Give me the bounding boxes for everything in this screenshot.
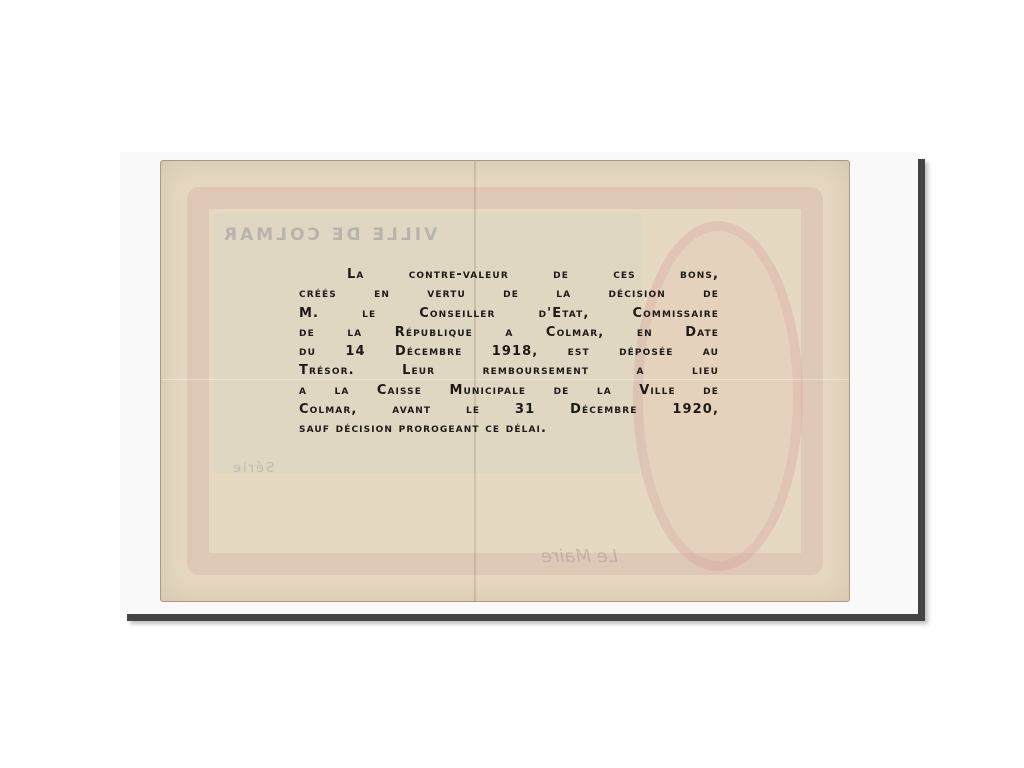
- showthrough-series: Série: [231, 461, 274, 476]
- notice-line: Colmar, avant le 31 Décembre 1920,: [299, 400, 719, 419]
- notice-line: La contre-valeur de ces bons,: [299, 265, 719, 284]
- redemption-notice: La contre-valeur de ces bons, créés en v…: [299, 265, 719, 439]
- notice-line: créés en vertu de la décision de: [299, 284, 719, 303]
- notice-line: sauf décision prorogeant ce délai.: [299, 419, 719, 438]
- notice-line: Trésor. Leur remboursement a lieu: [299, 361, 719, 380]
- notice-line: a la Caisse Municipale de la Ville de: [299, 381, 719, 400]
- notice-line: M. le Conseiller d'Etat, Commissaire: [299, 304, 719, 323]
- showthrough-title: VILLE DE COLMAR: [221, 225, 437, 245]
- notice-line: de la République a Colmar, en Date: [299, 323, 719, 342]
- showthrough-signature: Le Maire: [541, 546, 618, 567]
- notice-line: du 14 Décembre 1918, est déposée au: [299, 342, 719, 361]
- banknote: VILLE DE COLMAR Série Le Maire La contre…: [160, 160, 850, 602]
